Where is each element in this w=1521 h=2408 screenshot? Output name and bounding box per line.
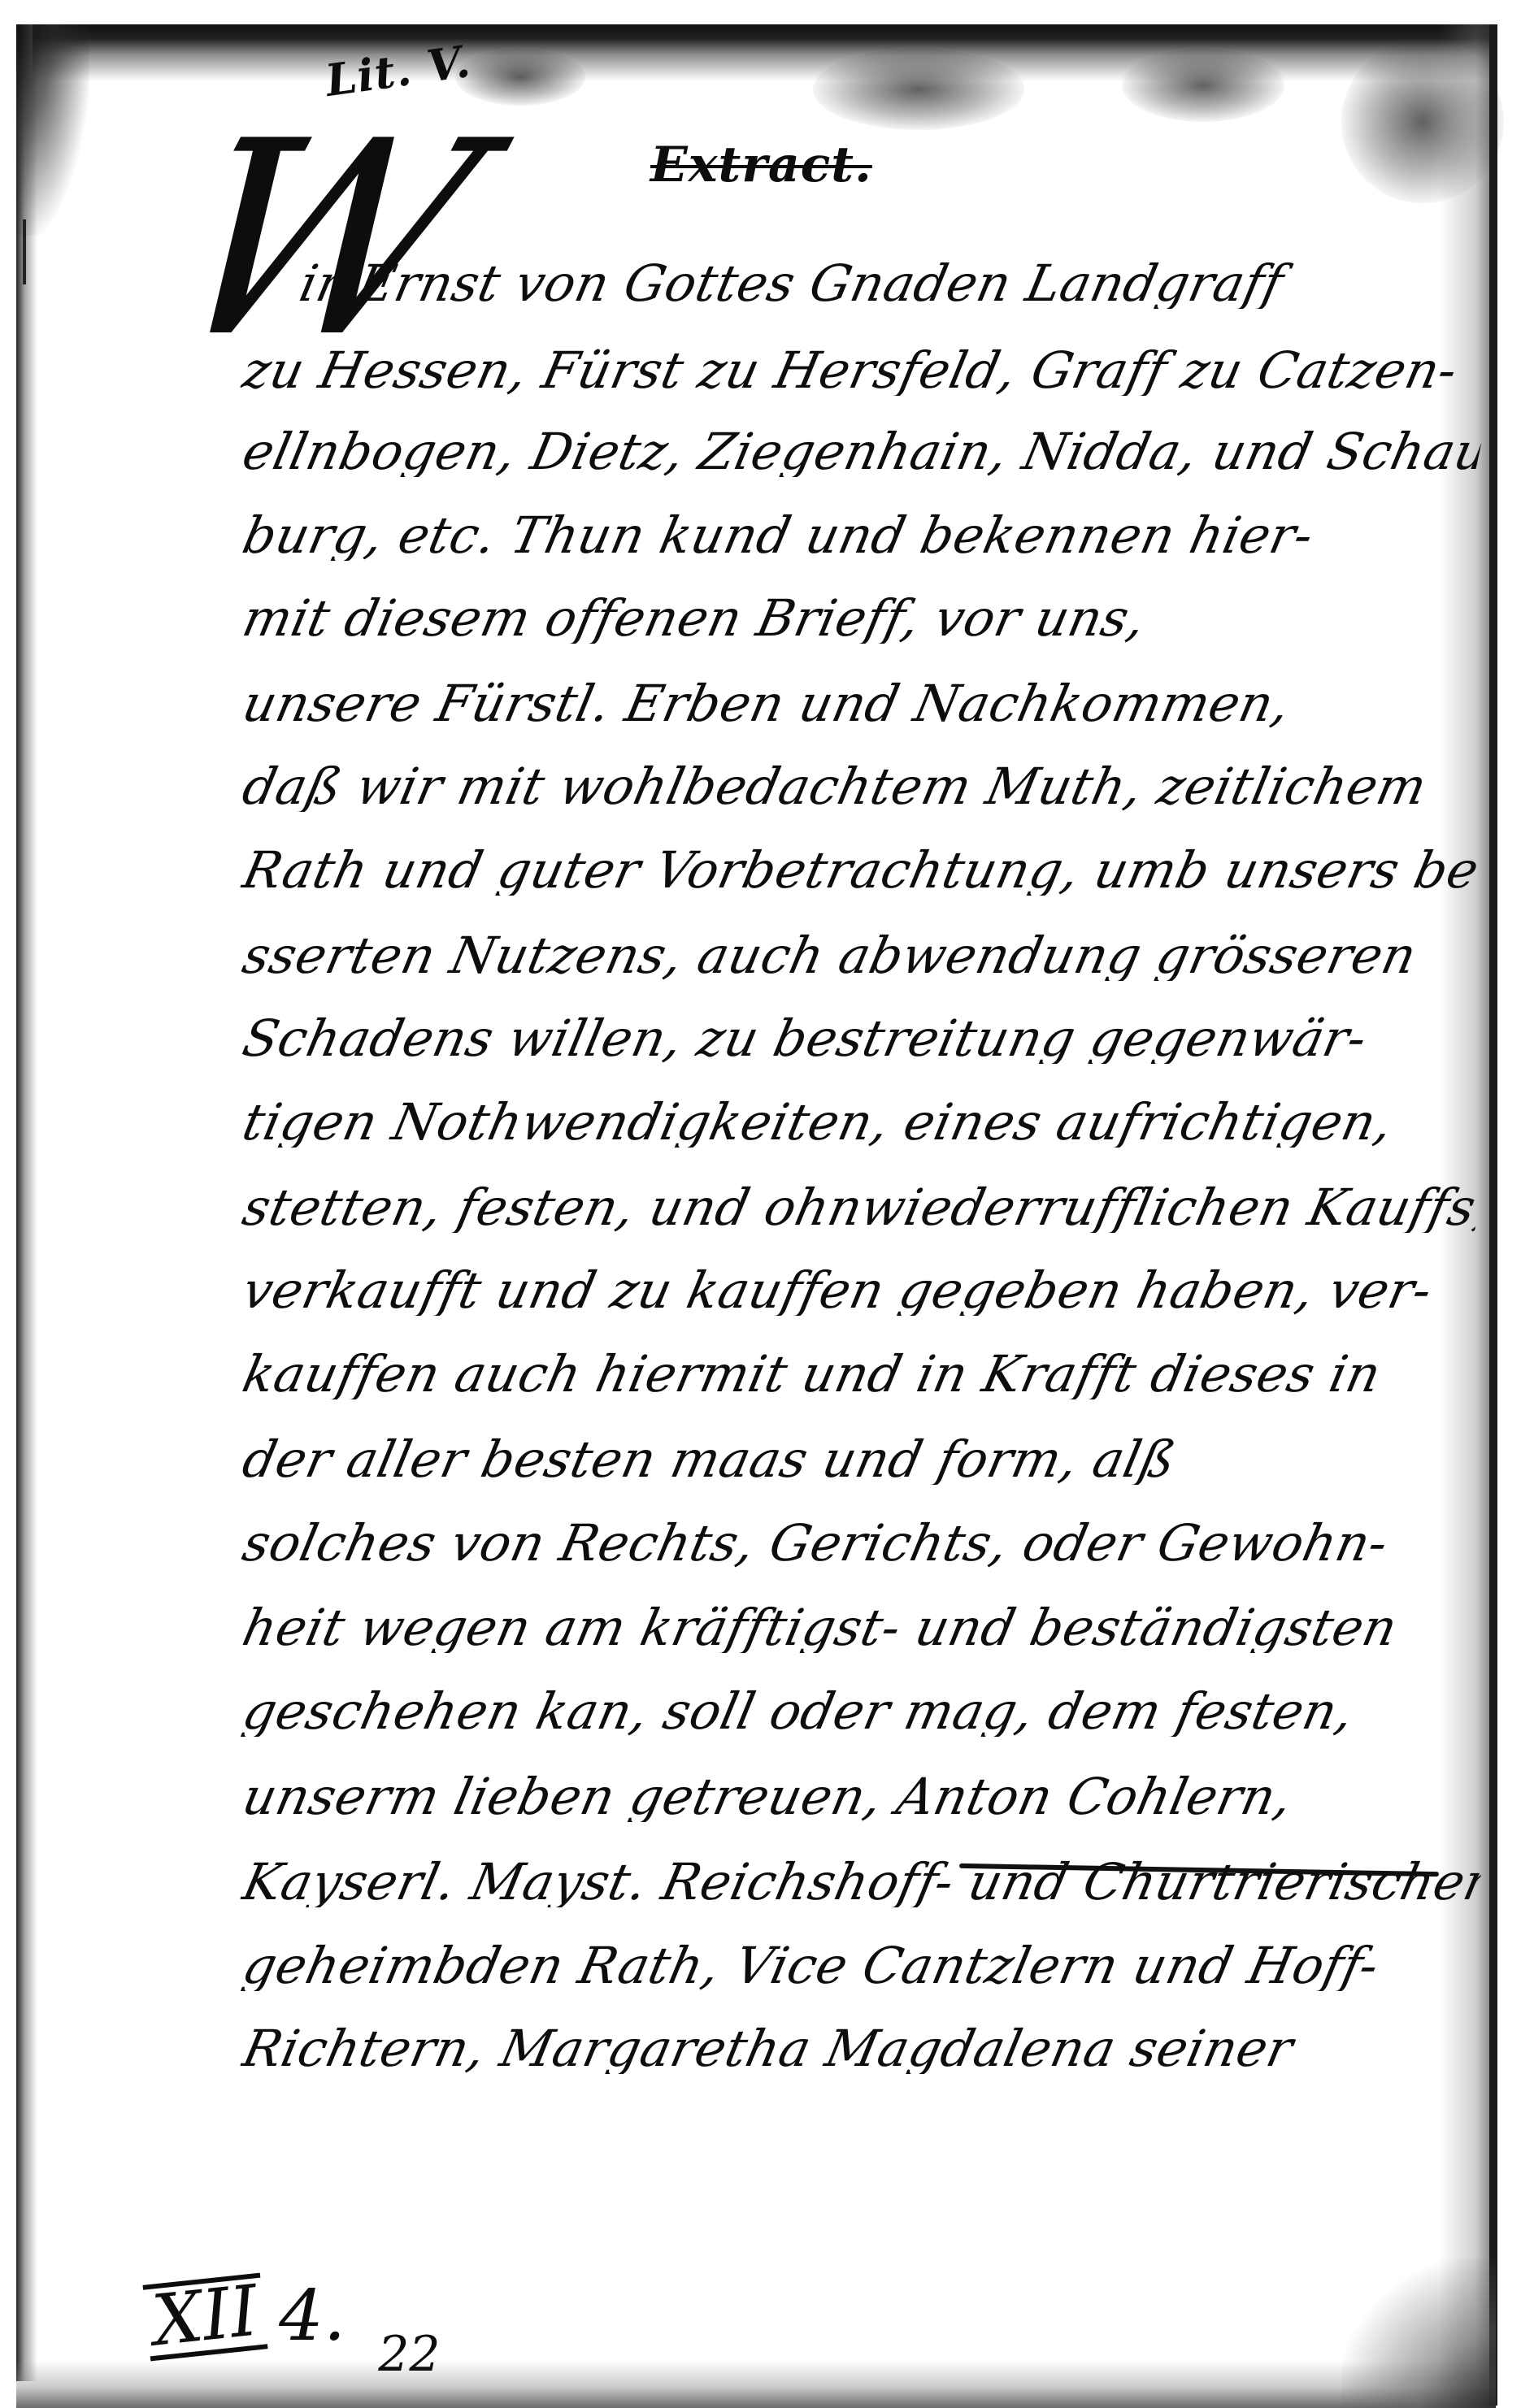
scan-stain (813, 49, 1024, 130)
reference-roman: XII (143, 2273, 268, 2361)
text-line: kauffen auch hiermit und in Krafft diese… (238, 1349, 1484, 1399)
text-line: Richtern, Margaretha Magdalena seiner (238, 2024, 1484, 2074)
text-line: Kayserl. Mayst. Reichshoff- und Churtrie… (238, 1857, 1484, 1907)
reference-sub: 22 (378, 2326, 440, 2383)
scan-edge-left (16, 24, 37, 2381)
margin-mark (23, 219, 26, 284)
text-line: burg, etc. Thun kund und bekennen hier- (238, 510, 1484, 561)
text-line: sserten Nutzens, auch abwendung grössere… (238, 931, 1484, 981)
document-page: Lit. V. Extract. W ir Ernst von Gottes G… (0, 0, 1521, 2408)
text-line: solches von Rechts, Gerichts, oder Gewoh… (238, 1518, 1484, 1568)
text-line: unserm lieben getreuen, Anton Cohlern, (238, 1772, 1484, 1822)
text-line: zu Hessen, Fürst zu Hersfeld, Graff zu C… (238, 345, 1484, 396)
text-line: ir Ernst von Gottes Gnaden Landgraff (295, 258, 1521, 309)
text-line: ellnbogen, Dietz, Ziegenhain, Nidda, und… (238, 427, 1484, 477)
text-line: tigen Nothwendigkeiten, eines aufrichtig… (238, 1097, 1484, 1148)
scan-edge-right (1489, 24, 1497, 2406)
scan-edge-bottom (16, 2361, 1496, 2408)
reference-number: 4. (279, 2276, 345, 2357)
text-line: geheimbden Rath, Vice Cantzlern und Hoff… (238, 1941, 1484, 1991)
scan-corner-top-left (16, 24, 89, 236)
text-line: unsere Fürstl. Erben und Nachkommen, (238, 679, 1484, 729)
text-line: geschehen kan, soll oder mag, dem festen… (238, 1686, 1484, 1737)
text-line: verkaufft und zu kauffen gegeben haben, … (238, 1265, 1484, 1316)
decorated-initial: W (143, 106, 506, 374)
text-line: mit diesem offenen Brieff, vor uns, (238, 593, 1484, 644)
text-line: Rath und guter Vorbetrachtung, umb unser… (238, 845, 1484, 896)
scan-stain (1122, 49, 1284, 122)
scan-corner-bottom-right (1341, 2259, 1496, 2408)
archive-reference-bottom: XII4.22 (146, 2276, 441, 2357)
document-heading: Extract. (650, 137, 872, 193)
text-line: stetten, festen, und ohnwiederrufflichen… (238, 1182, 1484, 1233)
text-line: daß wir mit wohlbedachtem Muth, zeitlich… (238, 761, 1484, 812)
text-line: Schadens willen, zu bestreitung gegenwär… (238, 1013, 1484, 1064)
text-line: der aller besten maas und form, alß (238, 1434, 1484, 1485)
text-line: heit wegen am kräfftigst- und beständigs… (238, 1603, 1484, 1653)
